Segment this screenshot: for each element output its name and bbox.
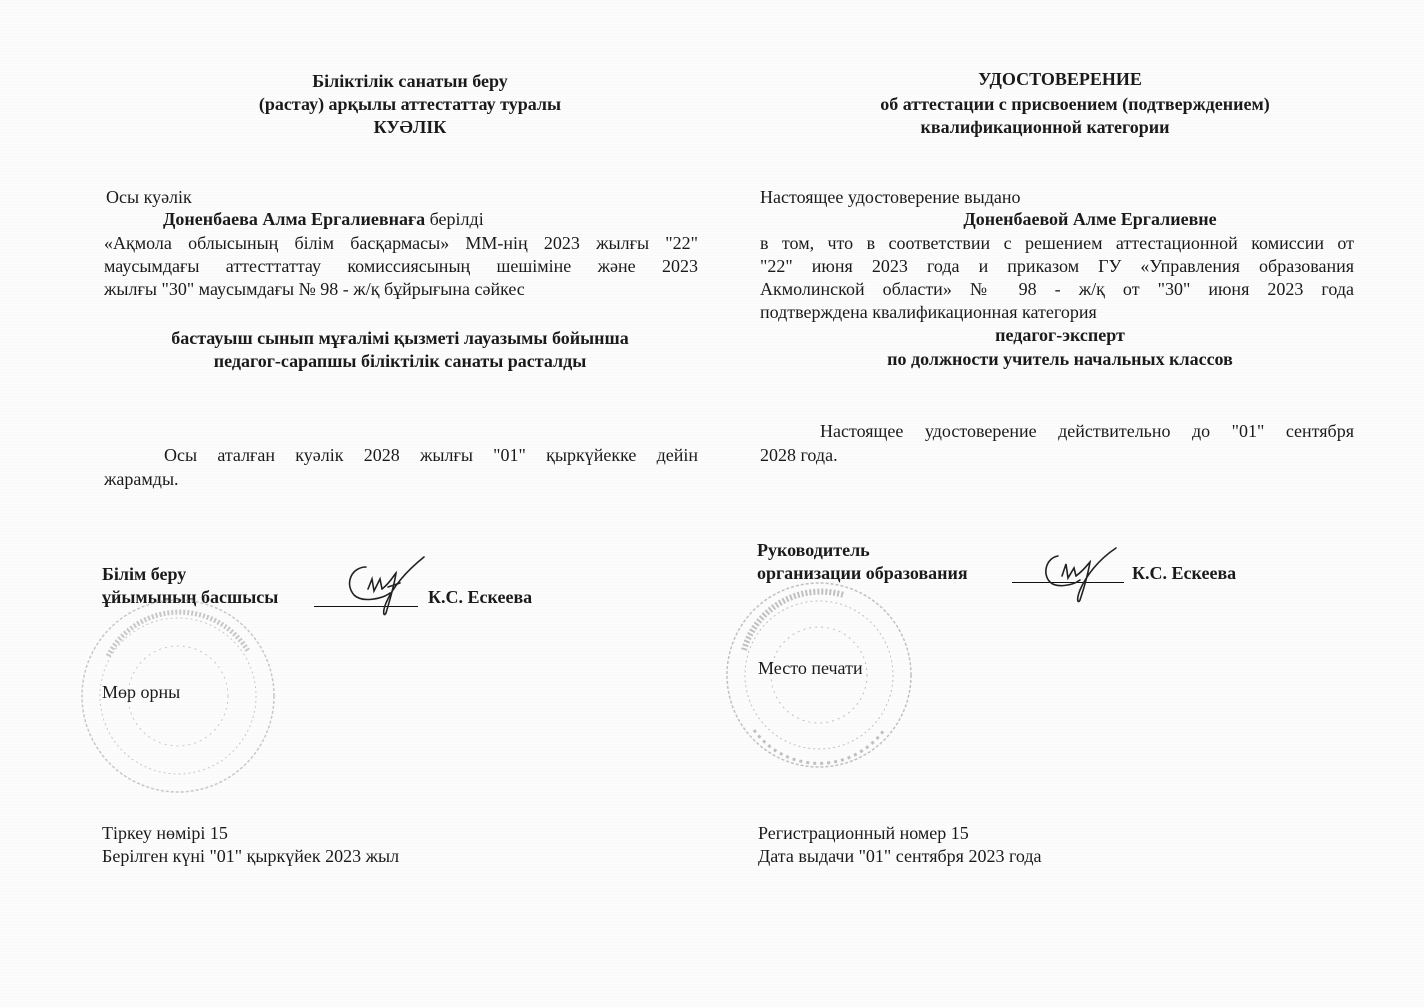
ru-signer-role-line1: Руководитель (757, 539, 870, 562)
ru-title-line1: УДОСТОВЕРЕНИЕ (760, 68, 1360, 91)
kz-issue-date: Берілген күні "01" қыркүйек 2023 жыл (102, 845, 399, 868)
ru-intro: Настоящее удостоверение выдано (760, 186, 1020, 209)
ru-recipient-name: Доненбаевой Алме Ергалиевне (790, 208, 1390, 231)
kz-validity-line1: Осы аталған куәлік 2028 жылғы "01" қыркү… (164, 444, 698, 467)
ru-body-line3: Акмолинской области» № 98 - ж/қ от "30" … (760, 278, 1354, 301)
kz-category-line2: педагог-сарапшы біліктілік санаты растал… (100, 350, 700, 373)
kz-title-line2: (растау) арқылы аттестаттау туралы (110, 93, 710, 116)
ru-issue-date: Дата выдачи "01" сентября 2023 года (758, 845, 1042, 868)
kz-recipient: Доненбаева Алма Ергалиевнаға берілді (163, 208, 484, 231)
ru-title-line3: квалификационной категории (745, 116, 1345, 139)
certificate-page: Біліктілік санатын беру (растау) арқылы … (0, 0, 1424, 1008)
kz-title-line3: КУӘЛІК (110, 116, 710, 139)
kz-body-line2: маусымдағы аттесттаттау комиссиясының ше… (104, 255, 698, 278)
kz-signature-mark (338, 553, 428, 619)
kz-body-line1: «Ақмола облысының білім басқармасы» ММ-н… (104, 232, 698, 255)
ru-body-line4: подтверждена квалификационная категория (760, 301, 1097, 324)
kz-validity-line2: жарамды. (104, 468, 179, 491)
ru-signer-name: К.С. Ескеева (1132, 562, 1236, 585)
kz-signer-role-line2: ұйымының басшысы (102, 586, 278, 609)
ru-signer-role-line2: организации образования (757, 562, 968, 585)
ru-reg-number: Регистрационный номер 15 (758, 822, 969, 845)
kz-recipient-name: Доненбаева Алма Ергалиевнаға (163, 209, 425, 229)
ru-signature-mark (1038, 544, 1118, 606)
ru-body-line1: в том, что в соответствии с решением атт… (760, 232, 1354, 255)
ru-validity-line1: Настоящее удостоверение действительно до… (820, 420, 1354, 443)
kz-signer-role-line1: Білім беру (102, 563, 186, 586)
ru-category-line2: по должности учитель начальных классов (760, 348, 1360, 371)
kz-seal-place: Мөр орны (102, 681, 180, 704)
ru-body-line2: "22" июня 2023 года и приказом ГУ «Управ… (760, 255, 1354, 278)
ru-seal-place: Место печати (758, 657, 863, 680)
kz-category-line1: бастауыш сынып мұғалімі қызметі лауазымы… (100, 327, 700, 350)
ru-category-line1: педагог-эксперт (760, 324, 1360, 347)
kz-body-line3: жылғы "30" маусымдағы № 98 - ж/қ бұйрығы… (104, 278, 525, 301)
kz-title-line1: Біліктілік санатын беру (110, 70, 710, 93)
kz-reg-number: Тіркеу нөмірі 15 (102, 822, 228, 845)
kz-intro: Осы куәлік (106, 186, 192, 209)
kz-recipient-suffix: берілді (425, 209, 484, 229)
ru-validity-line2: 2028 года. (760, 444, 838, 467)
ru-title-line2: об аттестации с присвоением (подтвержден… (775, 93, 1375, 116)
kz-signer-name: К.С. Ескеева (428, 586, 532, 609)
